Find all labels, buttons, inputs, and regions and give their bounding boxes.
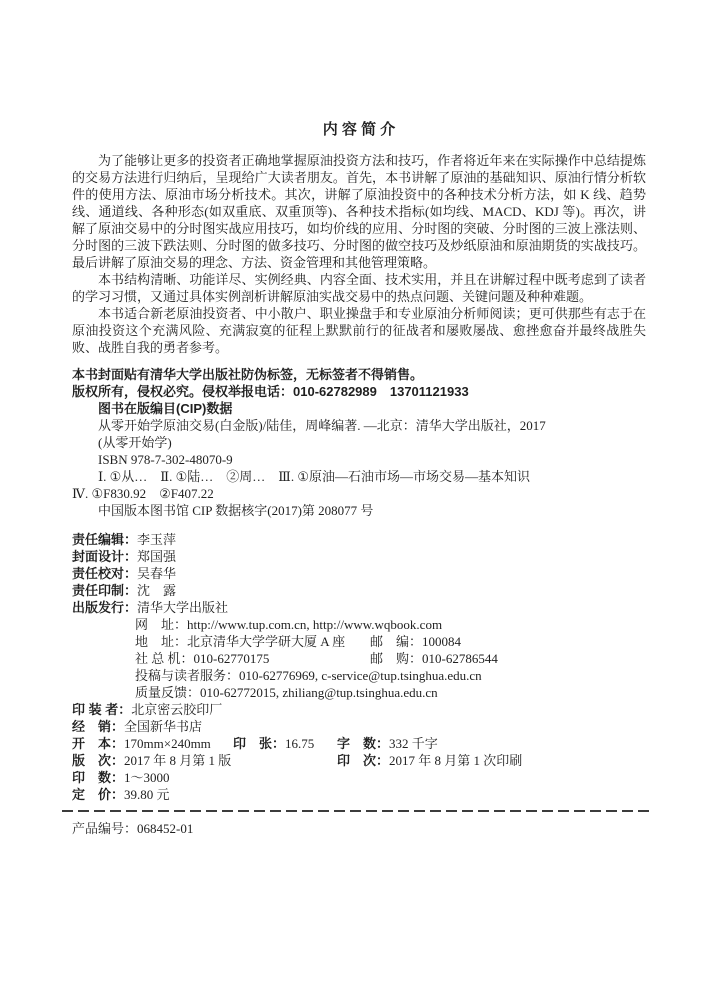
row-value: 2017 年 8 月第 1 版 — [124, 753, 231, 768]
cip-block: 图书在版编目(CIP)数据 从零开始学原油交易(白金版)/陆佳，周峰编著. —北… — [72, 400, 646, 519]
row-switchboard: 社 总 机：010-62770175 邮 购：010-62786544 — [72, 650, 646, 667]
row-postcode: 邮 编：100084 — [370, 633, 461, 650]
row-label: 印 装 者： — [72, 702, 131, 717]
product-code-value: 068452-01 — [137, 821, 193, 836]
row-edition: 版 次：2017 年 8 月第 1 版 印 次：2017 年 8 月第 1 次印… — [72, 752, 646, 769]
row-sheets: 印 张：16.75 — [233, 735, 314, 752]
summary-paragraph-1: 为了能够让更多的投资者正确地掌握原油投资方法和技巧，作者将近年来在实际操作中总结… — [72, 152, 646, 271]
row-label: 定 价： — [72, 787, 124, 802]
row-price: 定 价：39.80 元 — [72, 786, 646, 803]
row-reader-service: 投稿与读者服务：010-62776969, c-service@tup.tsin… — [72, 667, 646, 684]
row-print-supervisor: 责任印制：沈 露 — [72, 582, 646, 599]
row-value: 清华大学出版社 — [137, 600, 228, 615]
row-mail-order: 邮 购：010-62786544 — [370, 650, 498, 667]
product-code-label: 产品编号： — [72, 821, 137, 836]
row-value: http://www.tup.com.cn, http://www.wqbook… — [187, 617, 442, 632]
row-label: 开 本： — [72, 736, 124, 751]
cip-book-line: 从零开始学原油交易(白金版)/陆佳，周峰编著. —北京：清华大学出版社，2017 — [72, 417, 646, 434]
row-value: 16.75 — [285, 736, 314, 751]
row-label: 印 张： — [233, 736, 285, 751]
row-label: 出版发行： — [72, 600, 137, 615]
row-editor: 责任编辑：李玉萍 — [72, 531, 646, 548]
row-value: 100084 — [422, 634, 461, 649]
row-label: 邮 编： — [370, 634, 422, 649]
copyright-notice: 本书封面贴有清华大学出版社防伪标签，无标签者不得销售。 版权所有，侵权必究。侵权… — [72, 366, 646, 400]
row-label: 印 次： — [337, 753, 389, 768]
copyright-page: 内 容 简 介 为了能够让更多的投资者正确地掌握原油投资方法和技巧，作者将近年来… — [0, 0, 715, 1000]
cip-classification-2: Ⅳ. ①F830.92 ②F407.22 — [72, 485, 646, 502]
row-value: 1～3000 — [124, 770, 170, 785]
row-value: 北京密云胶印厂 — [131, 702, 222, 717]
publication-info: 责任编辑：李玉萍 封面设计：郑国强 责任校对：吴春华 责任印制：沈 露 出版发行… — [72, 531, 646, 803]
row-label: 版 次： — [72, 753, 124, 768]
summary-paragraph-2: 本书结构清晰、功能详尽、实例经典、内容全面、技术实用，并且在讲解过程中既考虑到了… — [72, 271, 646, 305]
row-value: 39.80 元 — [124, 787, 170, 802]
content-summary: 为了能够让更多的投资者正确地掌握原油投资方法和技巧，作者将近年来在实际操作中总结… — [72, 152, 646, 356]
row-label: 责任校对： — [72, 566, 137, 581]
row-value: 010-62770175 — [194, 651, 270, 666]
row-quality-feedback: 质量反馈：010-62772015, zhiliang@tup.tsinghua… — [72, 684, 646, 701]
row-label: 责任编辑： — [72, 532, 137, 547]
cip-isbn: ISBN 978-7-302-48070-9 — [72, 451, 646, 468]
row-label: 社 总 机： — [135, 651, 194, 666]
cip-heading: 图书在版编目(CIP)数据 — [72, 400, 646, 417]
row-website: 网 址：http://www.tup.com.cn, http://www.wq… — [72, 616, 646, 633]
cip-registry-number: 中国版本图书馆 CIP 数据核字(2017)第 208077 号 — [72, 502, 646, 519]
row-label: 地 址： — [135, 634, 187, 649]
row-value: 170mm×240mm — [124, 736, 211, 751]
row-label: 印 数： — [72, 770, 124, 785]
summary-paragraph-3: 本书适合新老原油投资者、中小散户、职业操盘手和专业原油分析师阅读；更可供那些有志… — [72, 305, 646, 356]
row-label: 字 数： — [337, 736, 389, 751]
row-distributor: 经 销：全国新华书店 — [72, 718, 646, 735]
row-value: 010-62786544 — [422, 651, 498, 666]
row-publisher: 出版发行：清华大学出版社 — [72, 599, 646, 616]
row-value: 2017 年 8 月第 1 次印刷 — [389, 753, 522, 768]
row-label: 质量反馈： — [135, 685, 200, 700]
row-label: 邮 购： — [370, 651, 422, 666]
row-impression: 印 次：2017 年 8 月第 1 次印刷 — [337, 752, 522, 769]
row-format: 开 本：170mm×240mm 印 张：16.75 字 数：332 千字 — [72, 735, 646, 752]
row-value: 332 千字 — [389, 736, 438, 751]
row-label: 投稿与读者服务： — [135, 668, 239, 683]
row-printer: 印 装 者：北京密云胶印厂 — [72, 701, 646, 718]
row-value: 北京清华大学学研大厦 A 座 — [187, 634, 345, 649]
row-value: 李玉萍 — [137, 532, 176, 547]
dashed-divider — [62, 810, 650, 812]
product-code: 产品编号：068452-01 — [72, 820, 646, 837]
row-value: 010-62772015, zhiliang@tup.tsinghua.edu.… — [200, 685, 438, 700]
row-label: 封面设计： — [72, 549, 137, 564]
row-value: 吴春华 — [137, 566, 176, 581]
page-title: 内 容 简 介 — [72, 118, 646, 139]
row-word-count: 字 数：332 千字 — [337, 735, 438, 752]
rights-reserved-line: 版权所有，侵权必究。侵权举报电话：010-62782989 1370112193… — [72, 383, 646, 400]
row-label: 网 址： — [135, 617, 187, 632]
row-value: 全国新华书店 — [124, 719, 202, 734]
row-value: 沈 露 — [137, 583, 176, 598]
row-address: 地 址：北京清华大学学研大厦 A 座 邮 编：100084 — [72, 633, 646, 650]
row-proofreader: 责任校对：吴春华 — [72, 565, 646, 582]
row-cover-design: 封面设计：郑国强 — [72, 548, 646, 565]
row-label: 经 销： — [72, 719, 124, 734]
anti-piracy-line: 本书封面贴有清华大学出版社防伪标签，无标签者不得销售。 — [72, 366, 646, 383]
cip-series: (从零开始学) — [72, 434, 646, 451]
row-value: 010-62776969, c-service@tup.tsinghua.edu… — [239, 668, 482, 683]
row-value: 郑国强 — [137, 549, 176, 564]
cip-classification-1: Ⅰ. ①从… Ⅱ. ①陆… ②周… Ⅲ. ①原油—石油市场—市场交易—基本知识 — [72, 468, 646, 485]
row-label: 责任印制： — [72, 583, 137, 598]
row-print-run: 印 数：1～3000 — [72, 769, 646, 786]
